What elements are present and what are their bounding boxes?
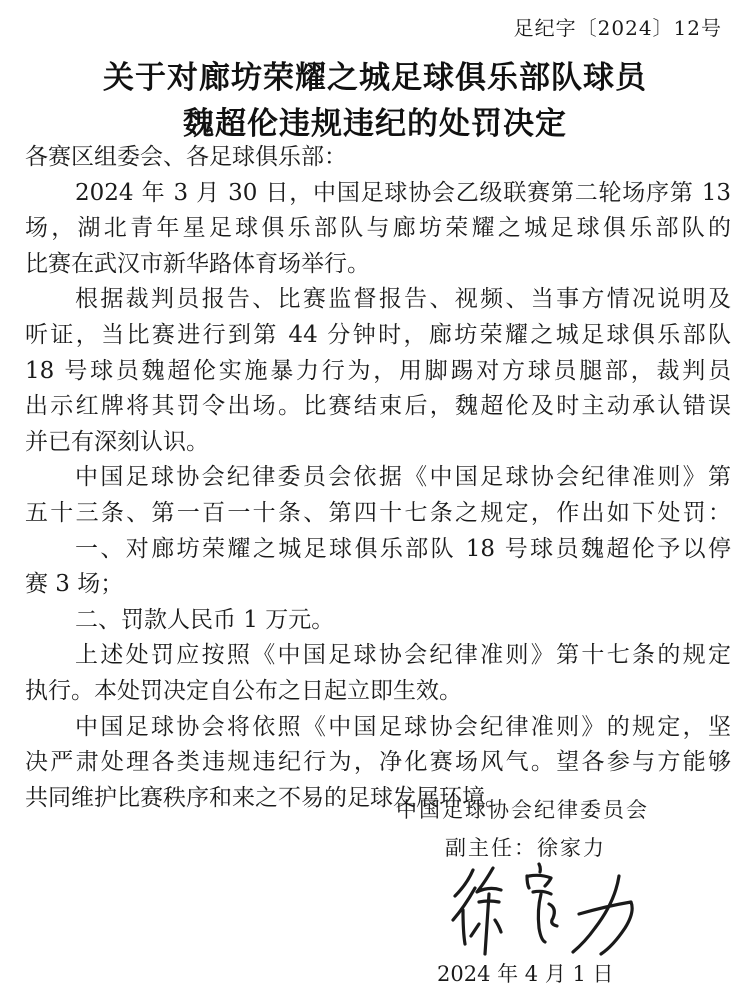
handwritten-signature: [445, 862, 675, 962]
body-line: 听证，当比赛进行到第 44 分钟时，廊坊荣耀之城足球俱乐部队: [25, 318, 731, 354]
body-line: 中国足球协会纪律委员会依据《中国足球协会纪律准则》第: [25, 460, 731, 496]
document-number: 足纪字〔2024〕12号: [514, 12, 722, 41]
body-line: 并已有深刻认识。: [25, 425, 731, 461]
signing-organization: 中国足球协会纪律委员会: [396, 794, 649, 824]
body-line: 2024 年 3 月 30 日，中国足球协会乙级联赛第二轮场序第 13: [25, 176, 731, 212]
body-line: 18 号球员魏超伦实施暴力行为，用脚踢对方球员腿部，裁判员: [25, 354, 731, 390]
document-title-line-1: 关于对廊坊荣耀之城足球俱乐部队球员: [0, 52, 750, 97]
body-line: 出示红牌将其罚令出场。比赛结束后，魏超伦及时主动承认错误: [25, 389, 731, 425]
body-line: 场，湖北青年星足球俱乐部队与廊坊荣耀之城足球俱乐部队的: [25, 211, 731, 247]
document-body: 各赛区组委会、各足球俱乐部： 2024 年 3 月 30 日，中国足球协会乙级联…: [25, 140, 731, 816]
penalty-item-1-cont: 赛 3 场；: [25, 567, 731, 603]
body-line: 五十三条、第一百一十条、第四十七条之规定，作出如下处罚：: [25, 496, 731, 532]
penalty-item-1: 一、对廊坊荣耀之城足球俱乐部队 18 号球员魏超伦予以停: [25, 532, 731, 568]
body-line: 根据裁判员报告、比赛监督报告、视频、当事方情况说明及: [25, 282, 731, 318]
body-line: 执行。本处罚决定自公布之日起立即生效。: [25, 674, 731, 710]
body-line: 决严肃处理各类违规违纪行为，净化赛场风气。望各参与方能够: [25, 745, 731, 781]
body-line: 上述处罚应按照《中国足球协会纪律准则》第十七条的规定: [25, 638, 731, 674]
salutation: 各赛区组委会、各足球俱乐部：: [25, 140, 731, 176]
penalty-item-2: 二、罚款人民币 1 万元。: [25, 603, 731, 639]
decision-date: 2024 年 4 月 1 日: [437, 958, 614, 988]
body-line: 中国足球协会将依照《中国足球协会纪律准则》的规定，坚: [25, 710, 731, 746]
document-title-line-2: 魏超伦违规违纪的处罚决定: [0, 98, 750, 143]
body-line: 比赛在武汉市新华路体育场举行。: [25, 247, 731, 283]
signatory-role: 副主任：徐家力: [445, 832, 606, 862]
